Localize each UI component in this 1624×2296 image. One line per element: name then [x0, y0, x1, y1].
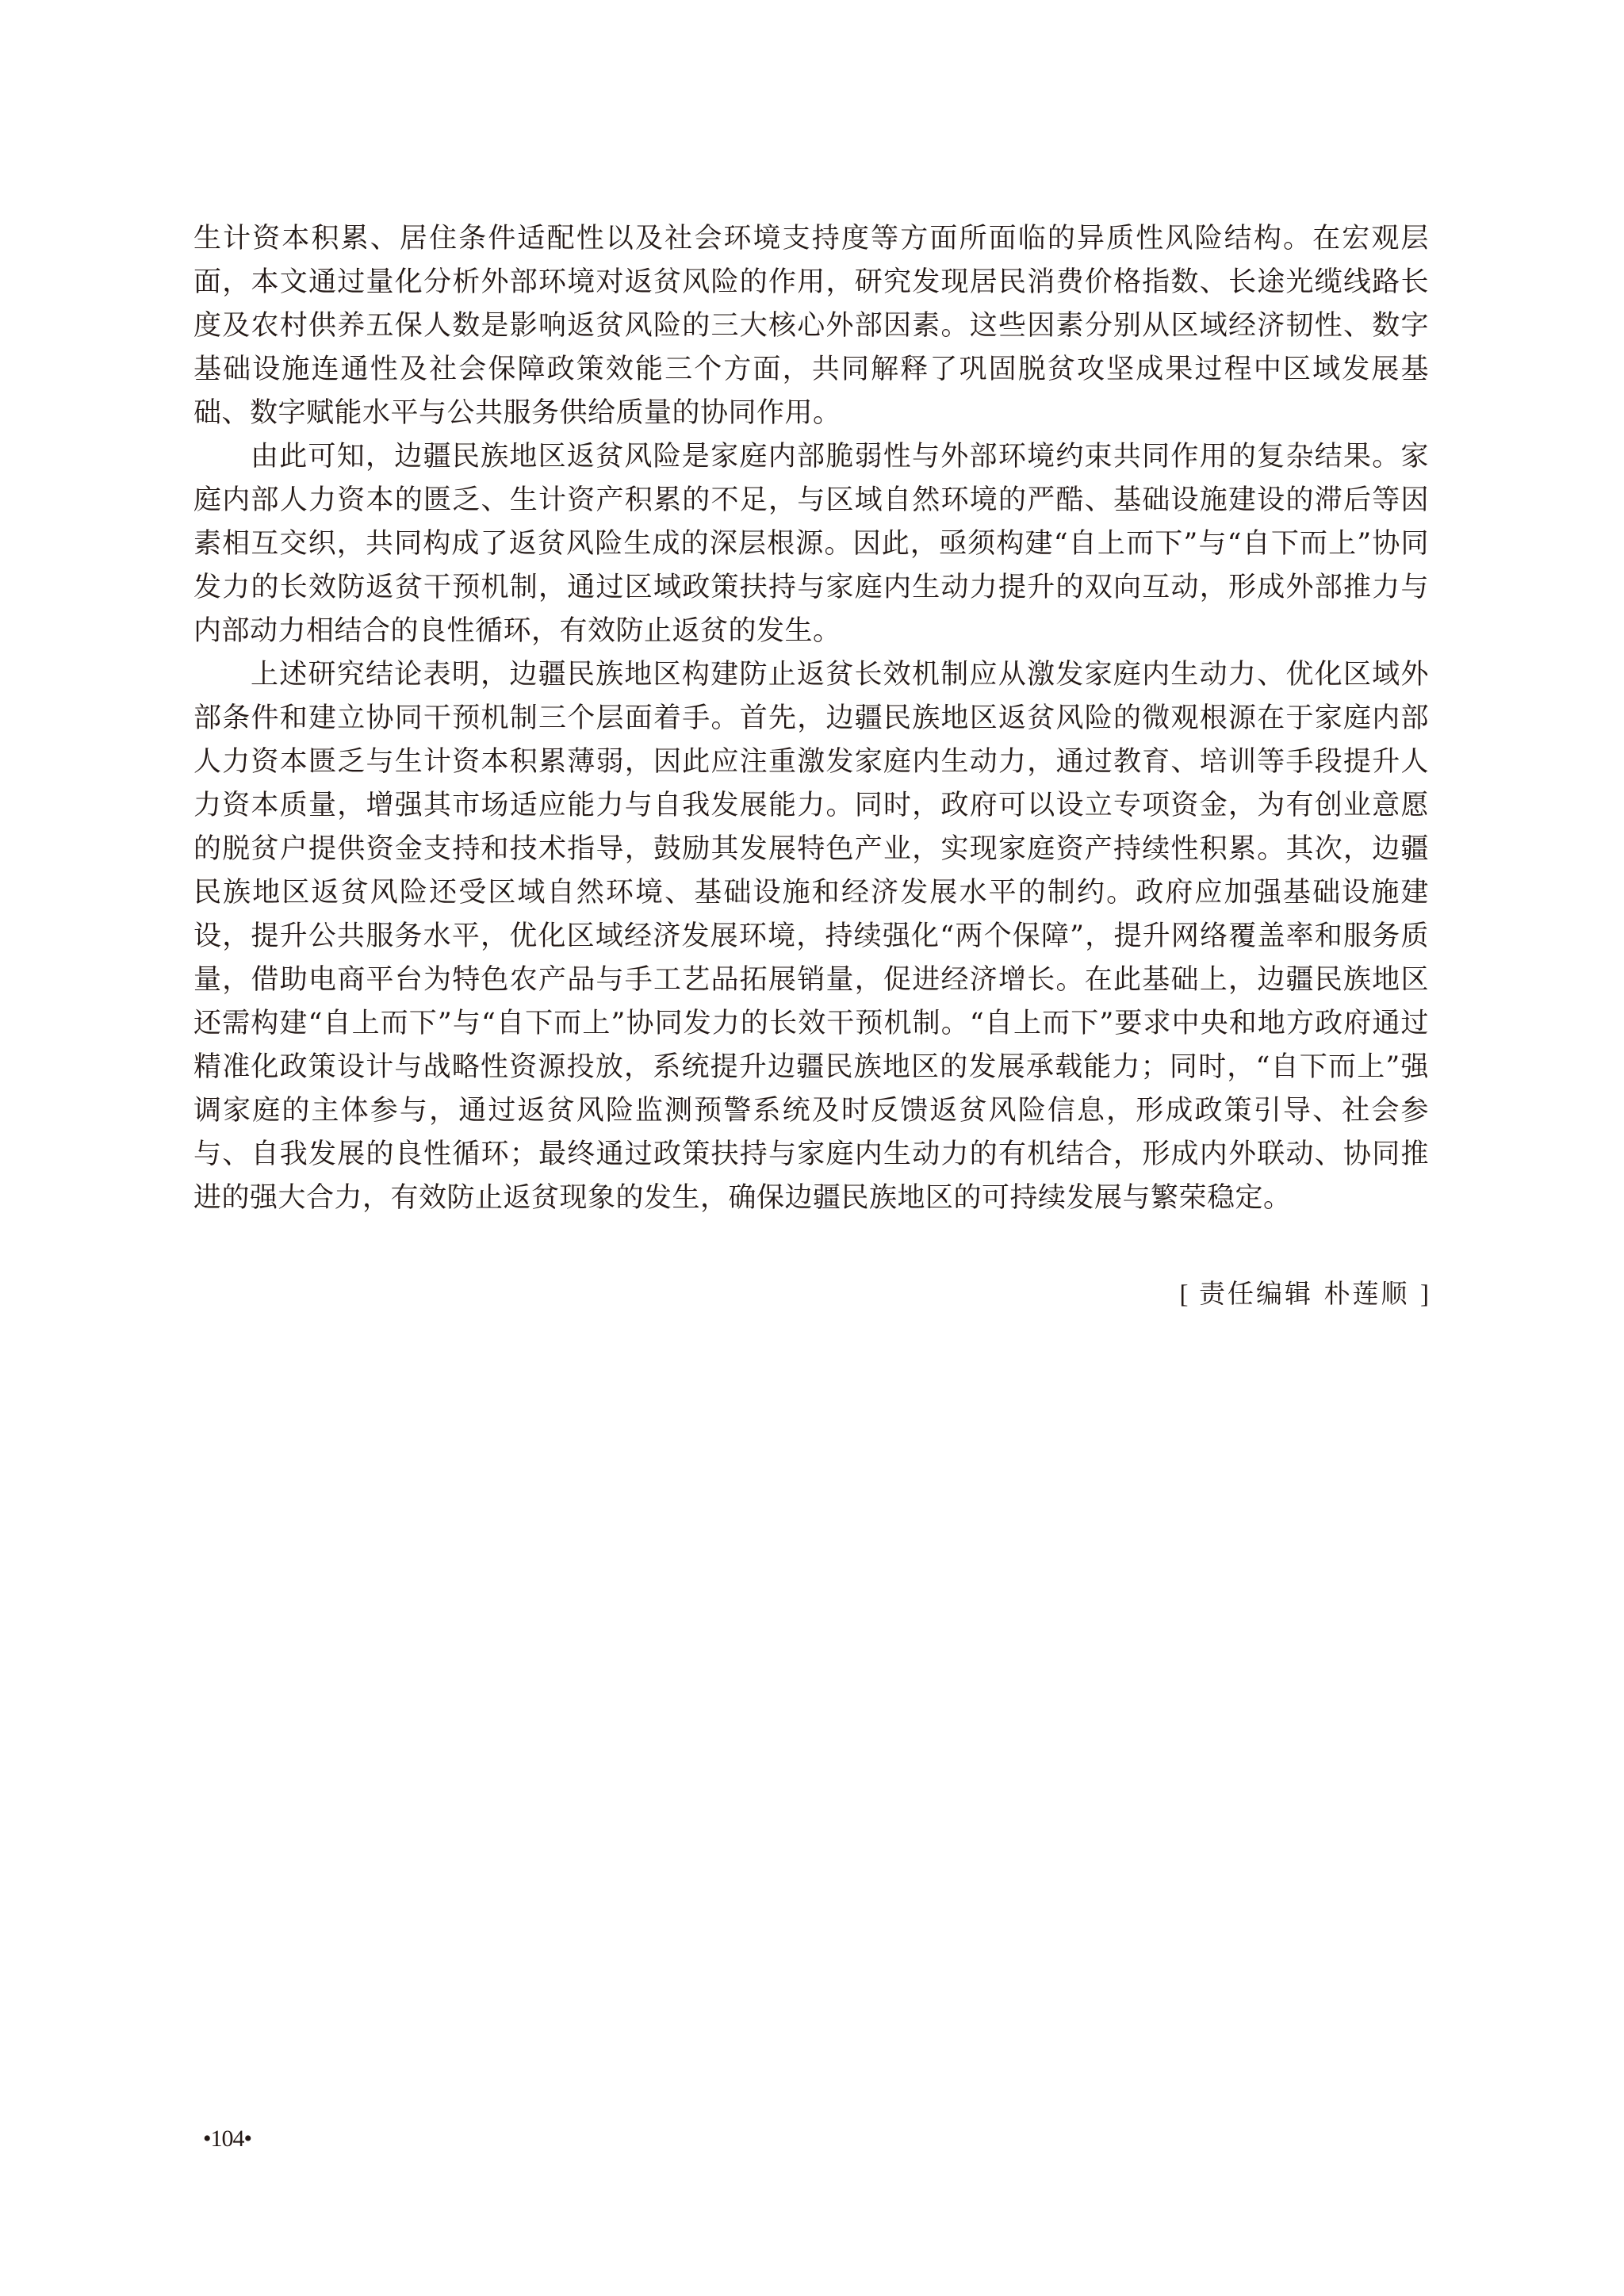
page-number: •104•	[203, 2123, 251, 2155]
editor-name: 朴莲顺	[1324, 1278, 1410, 1309]
editor-label: 责任编辑	[1199, 1278, 1313, 1309]
editor-close-bracket: ]	[1420, 1280, 1429, 1309]
article-body: 生计资本积累、居住条件适配性以及社会环境支持度等方面所面临的异质性风险结构。在宏…	[193, 217, 1429, 1220]
paragraph-policy-recommendations: 上述研究结论表明，边疆民族地区构建防止返贫长效机制应从激发家庭内生动力、优化区域…	[193, 653, 1429, 1220]
paragraph-macro-findings: 生计资本积累、居住条件适配性以及社会环境支持度等方面所面临的异质性风险结构。在宏…	[193, 217, 1429, 435]
editor-open-bracket: [	[1180, 1280, 1189, 1309]
responsible-editor-note: [ 责任编辑 朴莲顺 ]	[1180, 1278, 1430, 1311]
paragraph-conclusion-summary: 由此可知，边疆民族地区返贫风险是家庭内部脆弱性与外部环境约束共同作用的复杂结果。…	[193, 435, 1429, 653]
